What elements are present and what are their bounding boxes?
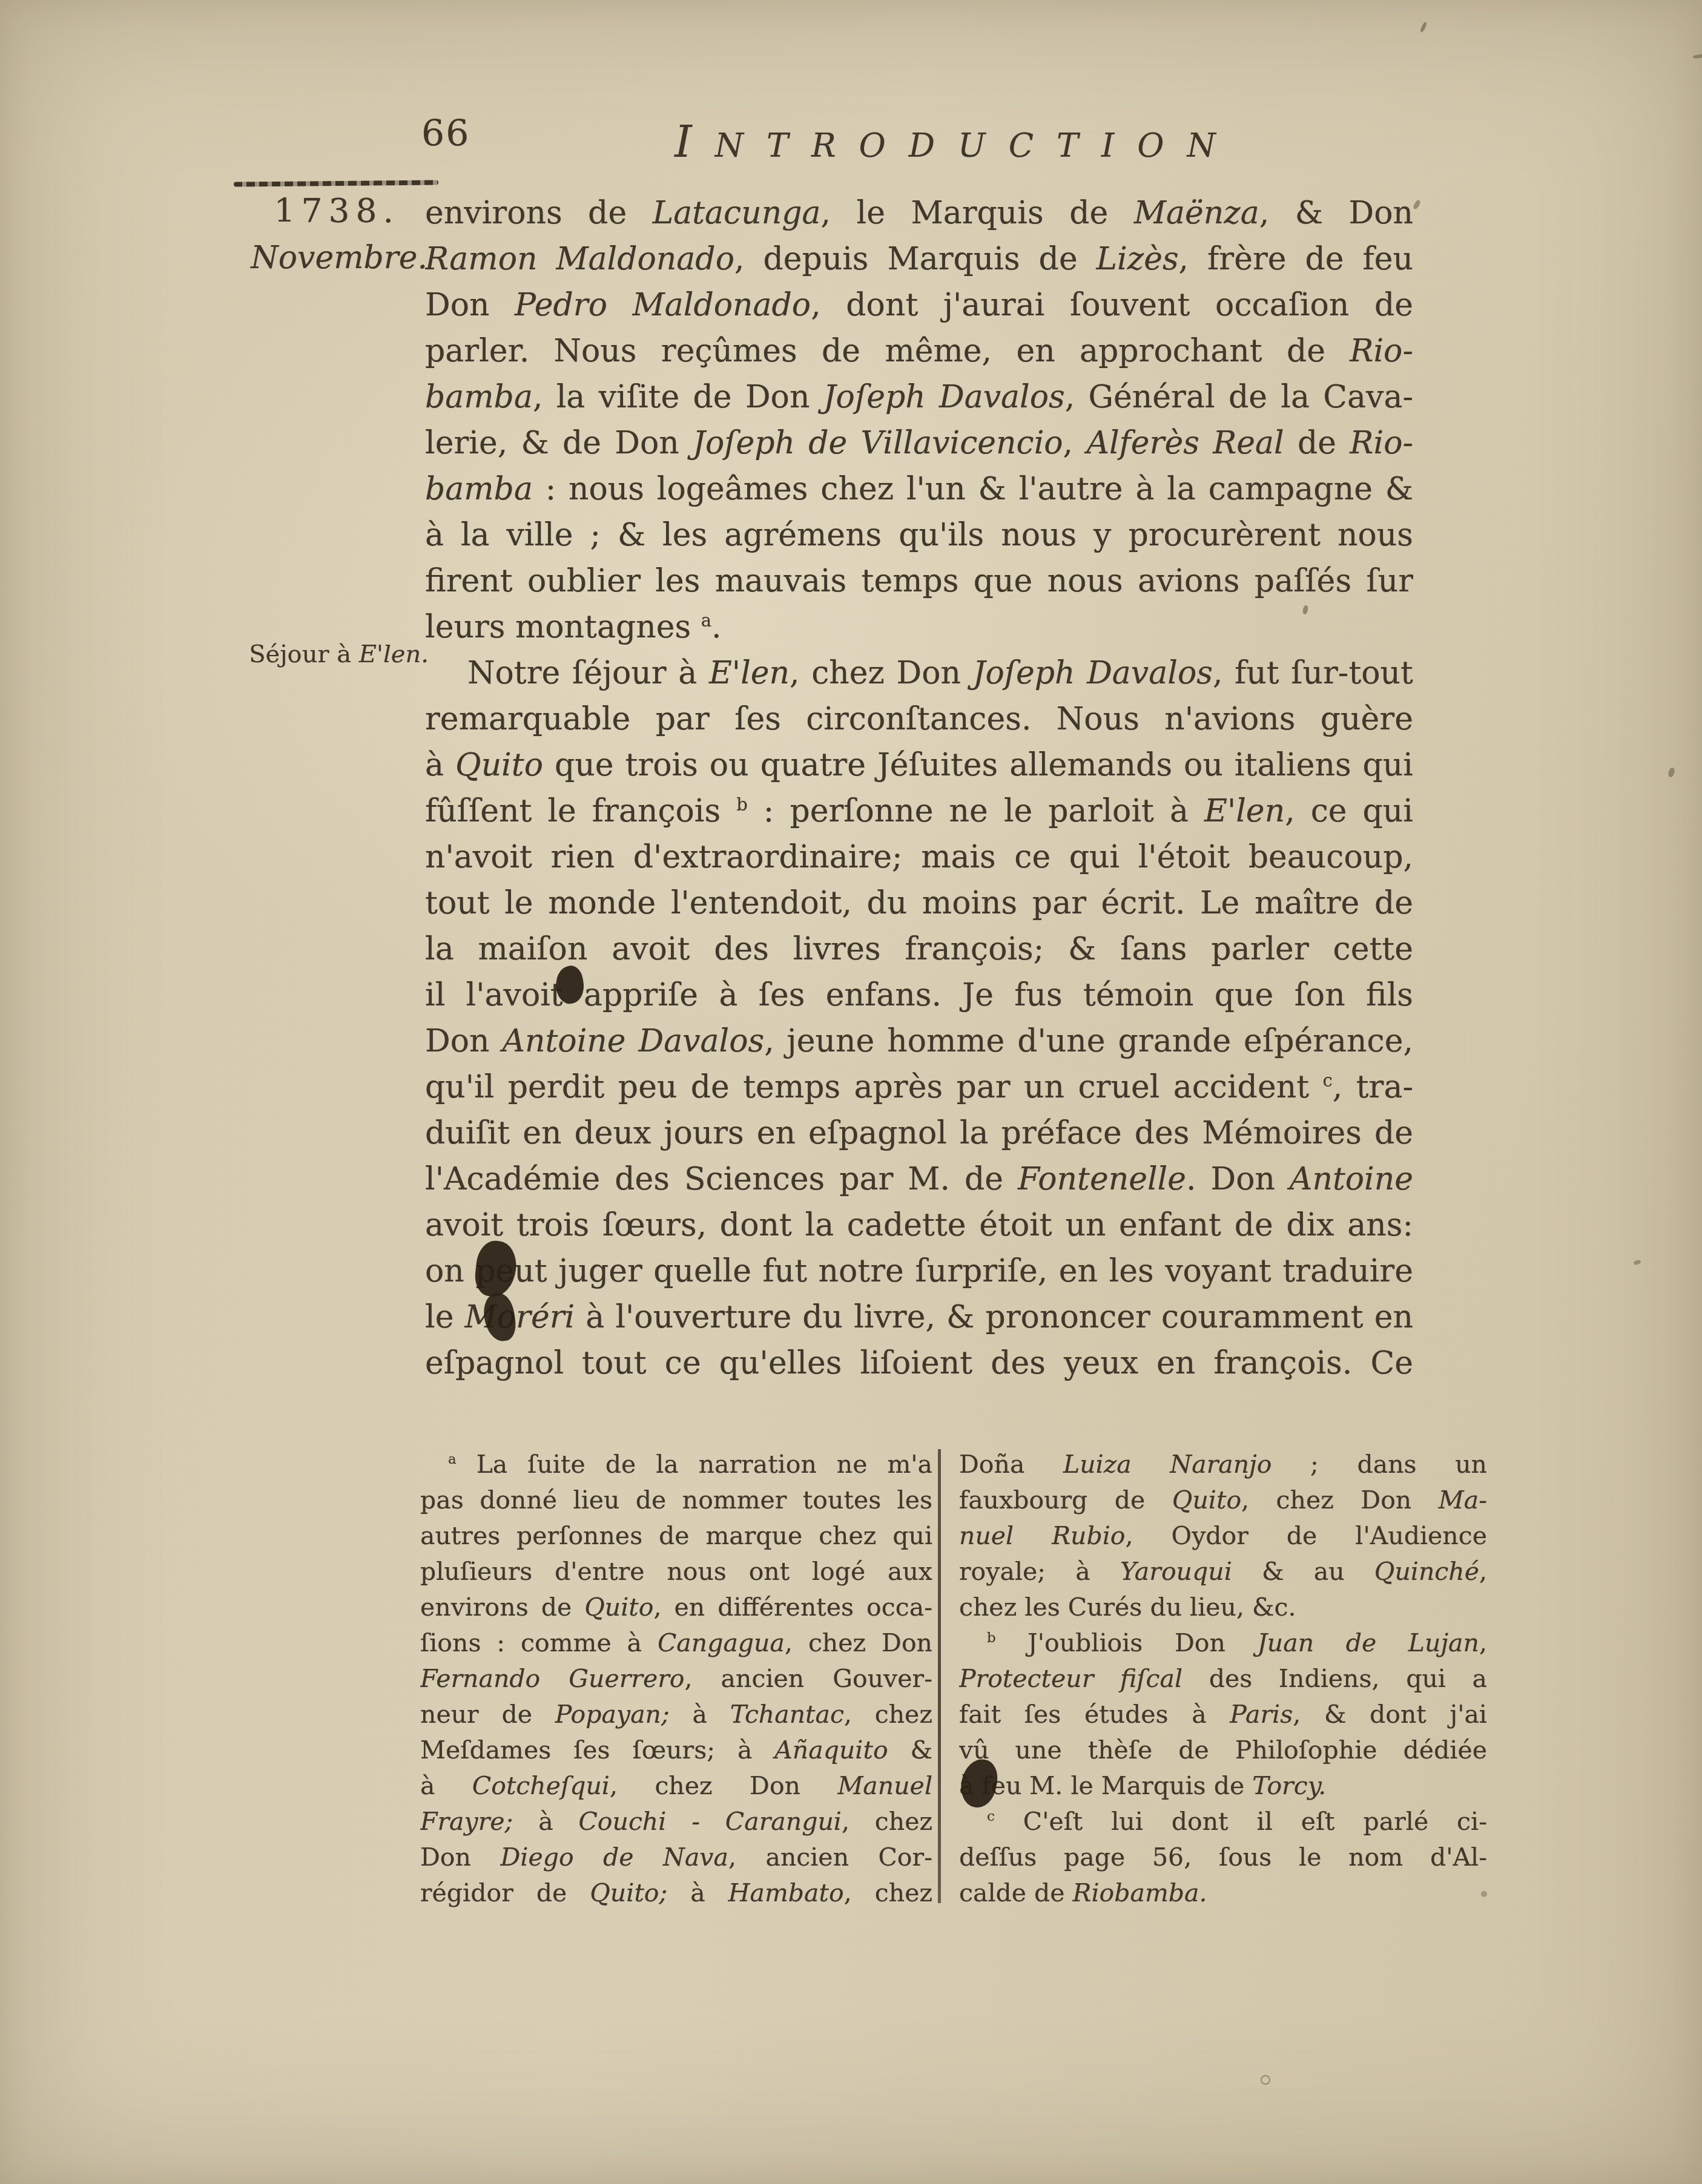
text-segment: à	[513, 1807, 578, 1836]
text-segment: firent oublier les mauvais temps que nou…	[425, 563, 1413, 599]
page-number: 66	[421, 113, 470, 155]
text-segment: n'avoit rien d'extraordinaire; mais ce q…	[425, 839, 1413, 875]
text-segment: avoit trois ſœurs, dont la cadette étoit…	[425, 1207, 1413, 1243]
text-segment: neur de	[420, 1700, 555, 1729]
text-line: à la ville ; & les agrémens qu'ils nous …	[425, 512, 1413, 558]
text-segment: Manuel	[837, 1771, 932, 1800]
text-line: le Moréri à l'ouverture du livre, & pron…	[425, 1294, 1413, 1340]
text-segment: à	[670, 1700, 730, 1729]
text-segment: E'len	[1204, 793, 1285, 829]
ink-speck	[1693, 54, 1702, 59]
margin-note-month: Novembre.	[91, 240, 427, 276]
text-segment: à	[425, 747, 455, 783]
ink-speck	[1419, 22, 1427, 33]
text-line: environs de Latacunga, le Marquis de Maë…	[425, 190, 1413, 236]
text-segment: J'oubliois Don	[996, 1628, 1258, 1657]
text-line: lerie, & de Don Joſeph de Villavicencio,…	[425, 420, 1413, 466]
text-segment: . Don	[1186, 1161, 1290, 1197]
footnote-marker: a	[448, 1452, 457, 1467]
text-segment: & au	[1232, 1557, 1374, 1586]
text-segment: Quinché	[1374, 1557, 1479, 1586]
text-segment: , chez	[842, 1807, 932, 1836]
text-segment: , chez	[844, 1878, 932, 1907]
text-line: avoit trois ſœurs, dont la cadette étoit…	[425, 1202, 1413, 1248]
text-segment: vû une thèſe de Philoſophie dédiée	[959, 1735, 1487, 1765]
text-segment: Rio-	[1350, 425, 1413, 461]
text-segment: Hambato	[728, 1878, 844, 1907]
text-segment: à la ville ; & les agrémens qu'ils nous …	[425, 517, 1413, 553]
text-segment: Novembre.	[251, 240, 427, 276]
text-segment: &	[888, 1735, 932, 1765]
text-segment: : nous logeâmes chez l'un & l'autre à la…	[533, 471, 1413, 507]
text-segment: Juan de Lujan	[1257, 1628, 1479, 1657]
text-segment: le	[425, 1299, 465, 1335]
text-segment: Meſdames ſes ſœurs; à	[420, 1735, 774, 1765]
text-segment: ,	[1063, 425, 1087, 461]
text-segment: Ramon Maldonado	[425, 241, 734, 277]
text-segment: , le Marquis de	[821, 195, 1134, 231]
text-segment: , chez Don	[790, 655, 973, 691]
text-segment: Don	[425, 1023, 502, 1059]
text-segment: ; dans un	[1272, 1450, 1487, 1479]
text-line: duiſit en deux jours en eſpagnol la préf…	[425, 1110, 1413, 1156]
text-segment: , ce qui	[1285, 793, 1413, 829]
text-segment: Protecteur fiſcal	[959, 1664, 1182, 1693]
text-segment: à	[667, 1878, 728, 1907]
text-segment: l'Académie des Sciences par M. de	[425, 1161, 1018, 1197]
text-segment: Don	[425, 287, 515, 323]
text-line: pas donné lieu de nommer toutes les	[420, 1482, 932, 1518]
text-segment: , chez Don	[610, 1771, 837, 1800]
text-line: chez les Curés du lieu, &c.	[959, 1590, 1487, 1625]
text-segment: Fontenelle	[1018, 1161, 1186, 1197]
text-segment: ſions : comme à	[420, 1628, 658, 1657]
text-segment: de	[1284, 425, 1350, 461]
text-segment: autres perſonnes de marque chez qui	[420, 1521, 932, 1550]
text-line: régidor de Quito; à Hambato, chez	[420, 1875, 932, 1911]
text-segment: Latacunga	[653, 195, 821, 231]
text-line: environs de Quito, en différentes occa-	[420, 1590, 932, 1625]
text-segment: à l'ouverture du livre, & prononcer cour…	[575, 1299, 1413, 1335]
text-line: remarquable par ſes circonſtances. Nous …	[425, 696, 1413, 742]
text-segment: Rio-	[1350, 333, 1413, 369]
text-line: c C'eſt lui dont il eſt parlé ci-	[959, 1804, 1487, 1840]
text-segment: fûſſent le françois	[425, 793, 736, 829]
text-segment: pluſieurs d'entre nous ont logé aux	[420, 1557, 932, 1586]
text-line: firent oublier les mauvais temps que nou…	[425, 558, 1413, 604]
footnote-marker: b	[987, 1630, 996, 1646]
text-segment: duiſit en deux jours en eſpagnol la préf…	[425, 1115, 1413, 1151]
text-segment: C'eſt lui dont il eſt parlé ci-	[995, 1807, 1487, 1836]
text-segment: , en différentes occa-	[654, 1593, 932, 1622]
text-segment: , tra-	[1333, 1069, 1413, 1105]
text-segment: , frère de feu	[1179, 241, 1413, 277]
ink-speck	[1261, 2075, 1270, 2085]
text-segment: Notre ſéjour à	[467, 655, 709, 691]
text-segment: des Indiens, qui a	[1182, 1664, 1487, 1693]
text-segment: à	[420, 1771, 472, 1800]
text-segment: environs de	[425, 195, 653, 231]
text-segment: Quito	[455, 747, 543, 783]
text-segment: , chez Don	[1241, 1485, 1439, 1515]
ink-speck	[1481, 1891, 1487, 1897]
text-line: à Quito que trois ou quatre Jéſuites all…	[425, 742, 1413, 788]
text-segment: , & Don	[1259, 195, 1413, 231]
text-segment: Frayre;	[420, 1807, 513, 1836]
text-segment: Cangagua	[658, 1628, 785, 1657]
text-segment: Joſeph Davalos	[973, 655, 1213, 691]
text-segment: Alferès Real	[1086, 425, 1284, 461]
text-segment: , Général de la Cava-	[1065, 379, 1413, 415]
text-line: autres perſonnes de marque chez qui	[420, 1518, 932, 1554]
margin-rule-ornament	[234, 180, 438, 187]
footnote-marker: b	[736, 794, 748, 815]
text-segment: calde de	[959, 1878, 1073, 1907]
text-segment: fauxbourg de	[959, 1485, 1172, 1515]
text-segment: ,	[1479, 1557, 1487, 1586]
text-segment: , jeune homme d'une grande eſpérance,	[764, 1023, 1413, 1059]
text-segment: fait ſes études à	[959, 1700, 1230, 1729]
text-segment: Don	[420, 1843, 500, 1872]
text-segment: deſſus page 56, ſous le nom d'Al-	[959, 1843, 1487, 1872]
text-line: Notre ſéjour à E'len, chez Don Joſeph Da…	[425, 650, 1413, 696]
text-segment: Quito	[584, 1593, 653, 1622]
ink-speck	[1413, 199, 1422, 210]
text-segment: Séjour à	[249, 640, 359, 668]
text-segment: Popayan;	[555, 1700, 670, 1729]
text-line: nuel Rubio, Oydor de l'Audience	[959, 1518, 1487, 1554]
text-line: Fernando Guerrero, ancien Gouver-	[420, 1661, 932, 1697]
text-segment: .	[711, 609, 722, 645]
text-segment: , Oydor de l'Audience	[1126, 1521, 1487, 1550]
text-segment: Paris	[1230, 1700, 1293, 1729]
text-line: Frayre; à Couchi - Carangui, chez	[420, 1804, 932, 1840]
text-segment: , ancien Cor-	[728, 1843, 932, 1872]
text-segment: , dont j'aurai ſouvent occaſion de	[811, 287, 1413, 323]
footnote-column-left: a La ſuite de la narration ne m'apas don…	[420, 1447, 932, 1911]
text-segment: Couchi - Carangui	[578, 1807, 841, 1836]
text-line: Meſdames ſes ſœurs; à Añaquito &	[420, 1732, 932, 1768]
text-segment: Moréri	[465, 1299, 575, 1335]
text-segment: Joſeph de Villavicencio	[693, 425, 1063, 461]
text-line: fûſſent le françois b : perſonne ne le p…	[425, 788, 1413, 834]
margin-note-year: 1738.	[91, 191, 400, 230]
text-line: parler. Nous reçûmes de même, en approch…	[425, 328, 1413, 374]
text-segment: , ancien Gouver-	[685, 1664, 933, 1693]
ink-speck	[1667, 767, 1676, 778]
scanned-book-page: { "colors": {"paper": "#d7ccb1", "ink": …	[0, 0, 1702, 2184]
text-segment: régidor de	[420, 1878, 590, 1907]
text-line: on peut juger quelle fut notre ſurpriſe,…	[425, 1248, 1413, 1294]
text-line: deſſus page 56, ſous le nom d'Al-	[959, 1840, 1487, 1875]
text-segment: on peut juger quelle fut notre ſurpriſe,…	[425, 1253, 1413, 1289]
footnote-marker: c	[1322, 1070, 1332, 1091]
text-segment: Lizès	[1097, 241, 1179, 277]
text-line: Doña Luiza Naranjo ; dans un	[959, 1447, 1487, 1482]
text-line: leurs montagnes a.	[425, 604, 1413, 650]
text-line: neur de Popayan; à Tchantac, chez	[420, 1697, 932, 1732]
text-segment: Diego de Nava	[500, 1843, 728, 1872]
text-segment: environs de	[420, 1593, 584, 1622]
text-segment: Maënza	[1134, 195, 1259, 231]
text-segment: Doña	[959, 1450, 1063, 1479]
text-segment: , chez	[844, 1700, 932, 1729]
text-line: Don Diego de Nava, ancien Cor-	[420, 1840, 932, 1875]
margin-note-sejour: Séjour à E'len.	[91, 640, 429, 668]
text-segment: Torcy.	[1252, 1771, 1326, 1800]
text-segment: parler. Nous reçûmes de même, en approch…	[425, 333, 1350, 369]
text-segment: qu'il perdit peu de temps après par un c…	[425, 1069, 1322, 1105]
text-segment: royale; à	[959, 1557, 1120, 1586]
text-line: Don Pedro Maldonado, dont j'aurai ſouven…	[425, 282, 1413, 328]
text-line: calde de Riobamba.	[959, 1875, 1487, 1911]
text-line: a La ſuite de la narration ne m'a	[420, 1447, 932, 1482]
text-line: eſpagnol tout ce qu'elles liſoient des y…	[425, 1340, 1413, 1386]
text-line: fauxbourg de Quito, chez Don Ma-	[959, 1482, 1487, 1518]
text-segment: Ma-	[1439, 1485, 1487, 1515]
text-segment: Añaquito	[774, 1735, 888, 1765]
text-segment: ,	[1479, 1628, 1487, 1657]
text-segment: , depuis Marquis de	[734, 241, 1097, 277]
text-line: Don Antoine Davalos, jeune homme d'une g…	[425, 1018, 1413, 1064]
text-line: n'avoit rien d'extraordinaire; mais ce q…	[425, 834, 1413, 880]
text-segment: Luiza Naranjo	[1063, 1450, 1272, 1479]
text-line: la maiſon avoit des livres françois; & ſ…	[425, 926, 1413, 972]
text-segment: Fernando Guerrero	[420, 1664, 685, 1693]
text-segment: Cotcheſqui	[472, 1771, 610, 1800]
text-segment: Yarouqui	[1120, 1557, 1232, 1586]
footnote-marker: c	[987, 1809, 995, 1824]
text-line: b J'oubliois Don Juan de Lujan,	[959, 1625, 1487, 1661]
text-segment: bamba	[425, 379, 533, 415]
text-line: à Cotcheſqui, chez Don Manuel	[420, 1768, 932, 1804]
text-segment: remarquable par ſes circonſtances. Nous …	[425, 701, 1413, 742]
footnote-column-right: Doña Luiza Naranjo ; dans unfauxbourg de…	[959, 1447, 1487, 1911]
text-line: Ramon Maldonado, depuis Marquis de Lizès…	[425, 236, 1413, 282]
text-segment: tout le monde l'entendoit, du moins par …	[425, 885, 1413, 921]
text-segment: pas donné lieu de nommer toutes les	[420, 1485, 932, 1515]
text-segment: que trois ou quatre Jéſuites allemands o…	[543, 747, 1413, 783]
text-line: à feu M. le Marquis de Torcy.	[959, 1768, 1487, 1804]
text-segment: , chez Don	[785, 1628, 932, 1657]
text-line: vû une thèſe de Philoſophie dédiée	[959, 1732, 1487, 1768]
text-segment: , fut ſur-tout	[1213, 655, 1413, 691]
text-segment: 1738.	[274, 191, 400, 230]
text-segment: leurs montagnes	[425, 609, 701, 645]
text-segment: Antoine Davalos	[502, 1023, 764, 1059]
text-segment: bamba	[425, 471, 533, 507]
text-line: bamba, la viſite de Don Joſeph Davalos, …	[425, 374, 1413, 420]
text-segment: Riobamba.	[1073, 1878, 1207, 1907]
text-line: ſions : comme à Cangagua, chez Don	[420, 1625, 932, 1661]
text-segment: La ſuite de la narration ne m'a	[457, 1450, 932, 1479]
text-segment: à feu M. le Marquis de	[959, 1771, 1252, 1800]
text-segment: Quito	[1172, 1485, 1241, 1515]
text-segment: : perſonne ne le parloit à	[748, 793, 1204, 829]
text-segment: Antoine	[1290, 1161, 1413, 1197]
text-segment: E'len.	[359, 640, 429, 668]
text-segment: eſpagnol tout ce qu'elles liſoient des y…	[425, 1345, 1413, 1381]
text-line: tout le monde l'entendoit, du moins par …	[425, 880, 1413, 926]
body-text-block: environs de Latacunga, le Marquis de Maë…	[425, 190, 1413, 1386]
text-line: royale; à Yarouqui & au Quinché,	[959, 1554, 1487, 1590]
text-segment: lerie, & de Don	[425, 425, 693, 461]
text-segment: , la viſite de Don	[533, 379, 823, 415]
footnote-marker: a	[701, 610, 711, 631]
text-segment: Quito;	[590, 1878, 667, 1907]
text-line: l'Académie des Sciences par M. de Fonten…	[425, 1156, 1413, 1202]
ink-speck	[1633, 1260, 1641, 1266]
text-segment: Pedro Maldonado	[515, 287, 811, 323]
running-title: INTRODUCTION	[618, 116, 1296, 167]
text-segment: nuel Rubio	[959, 1521, 1126, 1550]
text-segment: E'len	[709, 655, 790, 691]
text-line: bamba : nous logeâmes chez l'un & l'autr…	[425, 466, 1413, 512]
text-segment: , & dont j'ai	[1293, 1700, 1487, 1729]
text-segment: chez les Curés du lieu, &c.	[959, 1593, 1296, 1622]
text-line: qu'il perdit peu de temps après par un c…	[425, 1064, 1413, 1110]
text-segment: Tchantac	[730, 1700, 844, 1729]
text-line: pluſieurs d'entre nous ont logé aux	[420, 1554, 932, 1590]
text-line: fait ſes études à Paris, & dont j'ai	[959, 1697, 1487, 1732]
footnote-column-divider	[938, 1449, 941, 1903]
text-line: Protecteur fiſcal des Indiens, qui a	[959, 1661, 1487, 1697]
text-segment: Joſeph Davalos	[823, 379, 1065, 415]
